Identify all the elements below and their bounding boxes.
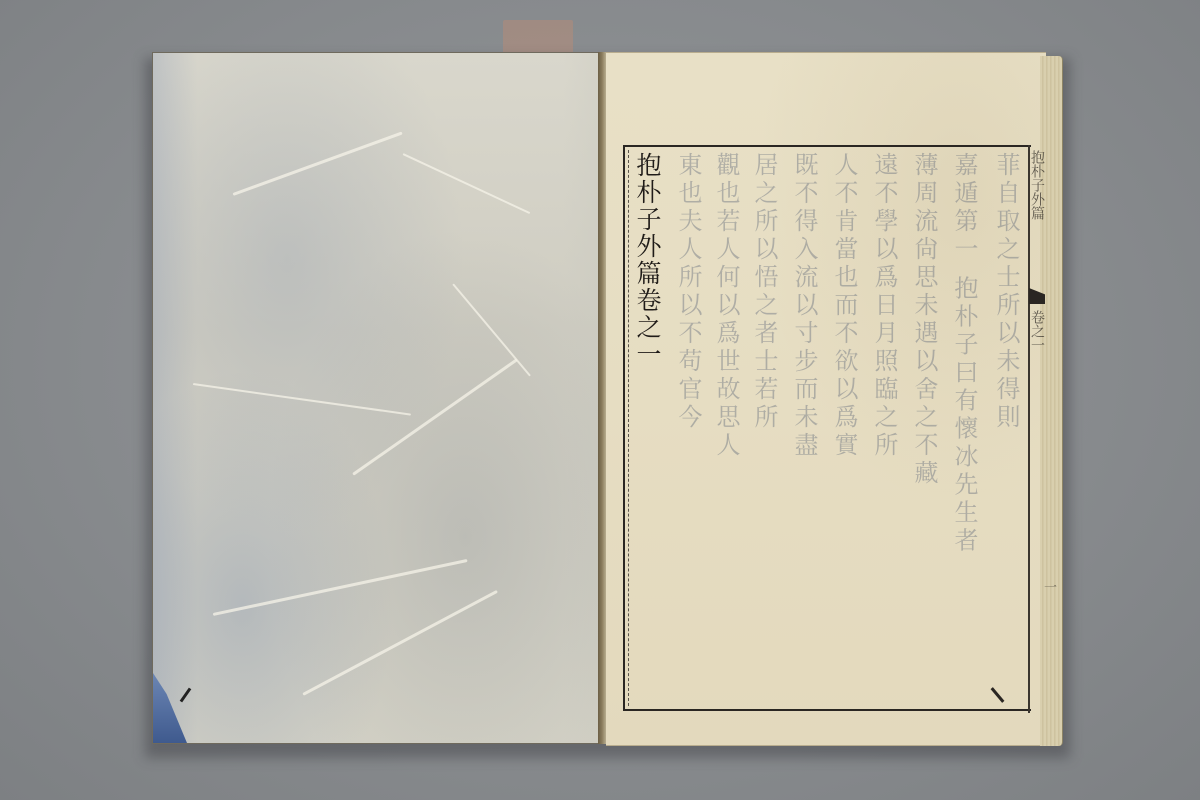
paper-fiber — [452, 283, 531, 376]
bleed-through-column: 遠不學以爲日月照臨之所 — [868, 152, 898, 692]
frame-inner-rule — [628, 150, 630, 706]
paper-fiber — [232, 132, 402, 196]
volume-title: 抱朴子外篇卷之一 — [632, 152, 662, 368]
paper-fiber — [193, 383, 411, 416]
bleed-through-column: 菲自取之士所以未得則 — [990, 152, 1020, 692]
hanshin-title: 抱朴子外篇 — [1030, 150, 1044, 220]
frame-right-rule — [1028, 145, 1030, 713]
paper-fiber — [352, 359, 518, 476]
bleed-through-column: 觀也若人何以爲世故思人 — [710, 152, 740, 692]
blue-cover-corner — [153, 673, 187, 743]
left-endpaper — [152, 52, 600, 744]
paper-fiber — [213, 559, 468, 616]
bleed-through-column: 嘉遁第一 抱朴子曰有懷冰先生者 — [948, 152, 978, 692]
paper-fiber — [302, 590, 498, 696]
bleed-through-column: 既不得入流以寸步而未盡 — [788, 152, 818, 692]
paper-fiber — [403, 153, 531, 214]
page-number: 一 — [1046, 580, 1058, 593]
bleed-through-column: 東也夫人所以不苟官今 — [672, 152, 702, 692]
ink-mark — [180, 688, 192, 703]
bleed-through-column: 居之所以悟之者士若所 — [748, 152, 778, 692]
bleed-through-column: 人不肯當也而不欲以爲實 — [828, 152, 858, 692]
hanshin-volume: 卷之一 — [1030, 310, 1044, 352]
bleed-through-column: 薄周流尙思未遇以舍之不藏 — [908, 152, 938, 692]
